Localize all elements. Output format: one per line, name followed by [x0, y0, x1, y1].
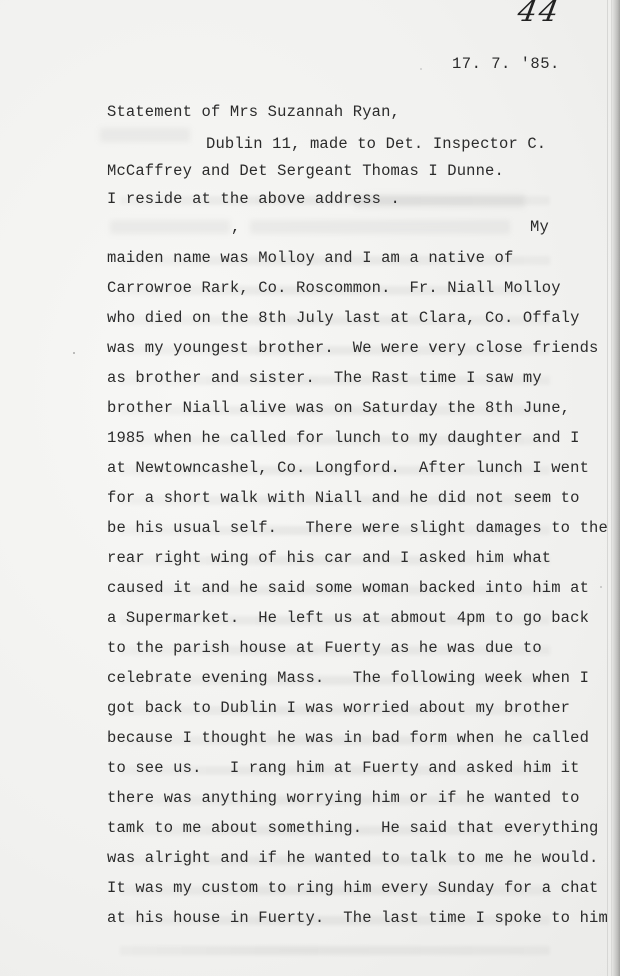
- statement-line: brother Niall alive was on Saturday the …: [107, 399, 570, 417]
- statement-line: got back to Dublin I was worried about m…: [107, 699, 570, 717]
- statement-line: McCaffrey and Det Sergeant Thomas I Dunn…: [107, 162, 504, 180]
- bleed-through-mark: [120, 946, 550, 955]
- statement-line: ,: [231, 218, 240, 236]
- statement-line: for a short walk with Niall and he did n…: [107, 489, 580, 507]
- statement-line: Statement of Mrs Suzannah Ryan,: [107, 103, 400, 121]
- statement-line: to see us. I rang him at Fuerty and aske…: [107, 759, 580, 777]
- statement-line: because I thought he was in bad form whe…: [107, 729, 589, 747]
- statement-line: be his usual self. There were slight dam…: [107, 519, 608, 537]
- statement-line: was my youngest brother. We were very cl…: [107, 339, 598, 357]
- redacted-region: [100, 128, 190, 142]
- statement-line: I reside at the above address .: [107, 190, 400, 208]
- scan-speck: [73, 352, 75, 354]
- statement-line: as brother and sister. The Rast time I s…: [107, 369, 542, 387]
- statement-line: maiden name was Molloy and I am a native…: [107, 249, 513, 267]
- statement-line: at Newtowncashel, Co. Longford. After lu…: [107, 459, 589, 477]
- statement-line: to the parish house at Fuerty as he was …: [107, 639, 542, 657]
- statement-line: 1985 when he called for lunch to my daug…: [107, 429, 580, 447]
- page-edge-line: [607, 0, 608, 976]
- redacted-region: [250, 220, 510, 234]
- statement-line: rear right wing of his car and I asked h…: [107, 549, 551, 567]
- scan-speck: [420, 68, 422, 70]
- statement-line: Carrowroe Rark, Co. Roscommon. Fr. Niall…: [107, 279, 561, 297]
- statement-line: was alright and if he wanted to talk to …: [107, 849, 598, 867]
- redacted-region: [110, 220, 230, 234]
- scan-speck: [600, 586, 602, 588]
- statement-line: My: [530, 218, 549, 236]
- statement-line: caused it and he said some woman backed …: [107, 579, 589, 597]
- statement-line: celebrate evening Mass. The following we…: [107, 669, 589, 687]
- statement-line: there was anything worrying him or if he…: [107, 789, 580, 807]
- handwritten-page-number: 44: [515, 0, 563, 29]
- statement-line: a Supermarket. He left us at abmout 4pm …: [107, 609, 589, 627]
- statement-line: Dublin 11, made to Det. Inspector C.: [206, 135, 546, 153]
- statement-date: 17. 7. '85.: [452, 55, 560, 73]
- statement-line: at his house in Fuerty. The last time I …: [107, 909, 608, 927]
- binding-strip: [611, 0, 620, 976]
- statement-line: who died on the 8th July last at Clara, …: [107, 309, 580, 327]
- scanned-page: 44 17. 7. '85. Statement of Mrs Suzannah…: [0, 0, 620, 976]
- statement-line: It was my custom to ring him every Sunda…: [107, 879, 598, 897]
- statement-line: tamk to me about something. He said that…: [107, 819, 598, 837]
